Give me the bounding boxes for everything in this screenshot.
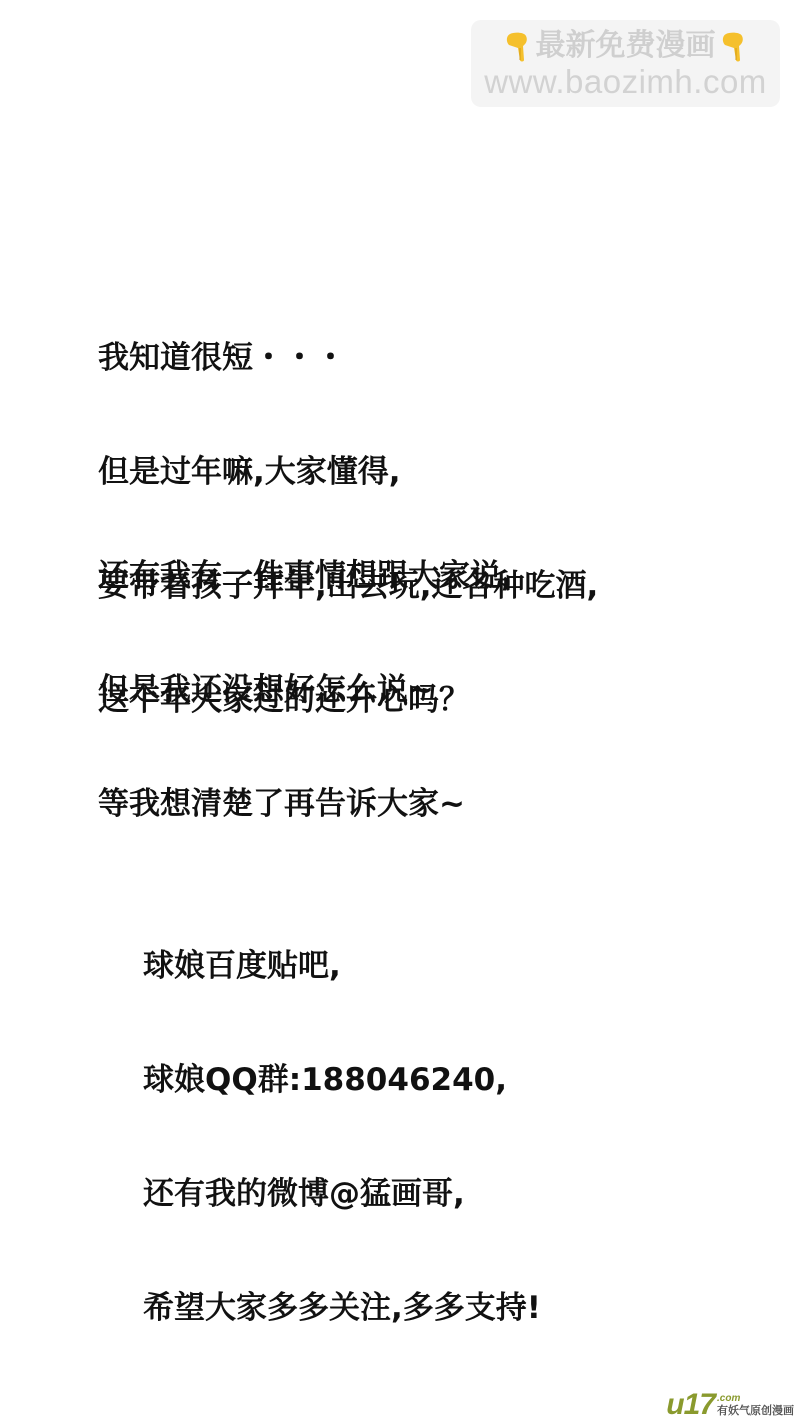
logo-brand: u17 [666,1392,715,1418]
text-line: 球娘百度贴吧, [143,947,541,985]
watermark-url: www.baozimh.com [484,64,767,100]
text-line: 但是我还没想好怎么说~ [98,671,513,709]
watermark-banner: 最新免费漫画 www.baozimh.com [471,20,780,107]
text-line: 我知道很短・・・ [98,339,598,377]
paragraph-announcement: 还有我有一件事情想跟大家说, 但是我还没想好怎么说~ 等我想清楚了再告诉大家~ [98,481,513,861]
pointing-down-hand-icon [720,30,748,62]
text-line: 还有我有一件事情想跟大家说, [98,557,513,595]
text-line: 等我想清楚了再告诉大家~ [98,785,513,823]
pointing-down-hand-icon [504,30,532,62]
text-line: 还有我的微博@猛画哥, [143,1175,541,1213]
u17-logo: u17 .com 有妖气原创漫画 [666,1392,794,1418]
logo-domain: .com [717,1394,740,1404]
watermark-title: 最新免费漫画 [536,28,716,64]
logo-slogan: 有妖气原创漫画 [717,1404,794,1418]
watermark-title-row: 最新免费漫画 [504,28,748,64]
paragraph-social-links: 球娘百度贴吧, 球娘QQ群:188046240, 还有我的微博@猛画哥, 希望大… [143,871,541,1365]
text-line: 球娘QQ群:188046240, [143,1061,541,1099]
text-line: 希望大家多多关注,多多支持! [143,1289,541,1327]
